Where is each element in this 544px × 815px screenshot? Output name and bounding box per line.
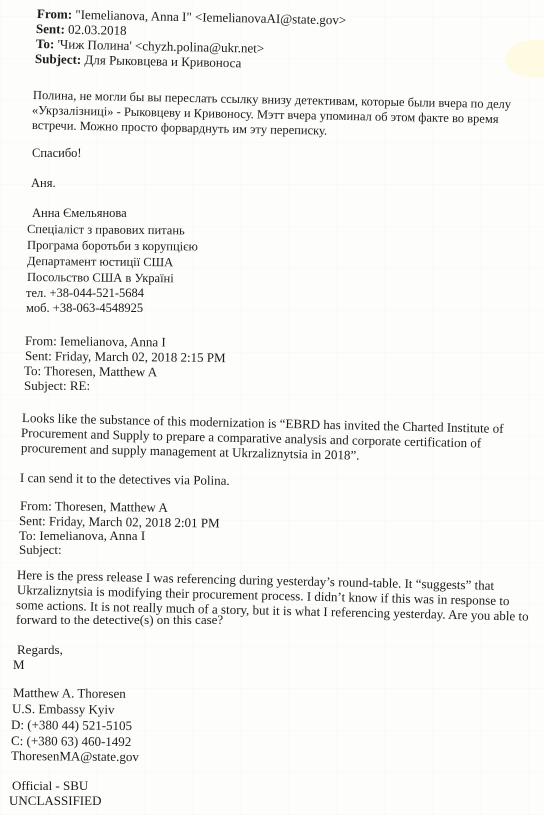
header-to: To: Thoresen, Matthew A <box>24 363 157 379</box>
signature-department: Департамент юстиції США <box>27 254 173 270</box>
signature-name: Matthew A. Thoresen <box>13 685 126 701</box>
to-label: To: <box>36 36 55 51</box>
signature-email: ThoresenMA@state.gov <box>11 748 139 764</box>
header-from: From: Thoresen, Matthew A <box>20 498 168 515</box>
subject-value: Для Рыковцева и Кривоноса <box>84 52 241 70</box>
thanks-text: Спасибо! <box>32 146 82 161</box>
from-label: From: <box>37 6 72 22</box>
signature-embassy: U.S. Embassy Kyiv <box>12 701 115 717</box>
signoff-text: Аня. <box>31 176 56 191</box>
signature-name: Анна Ємельянова <box>32 206 127 221</box>
closing-line: I can send it to the detectives via Poli… <box>20 470 230 488</box>
signature-embassy: Посольство США в Україні <box>27 270 174 286</box>
header-subject: Subject: <box>19 542 62 557</box>
initial-text: M <box>13 657 25 672</box>
subject-label: Subject: <box>35 51 82 67</box>
signature-phone: тел. +38-044-521-5684 <box>26 286 144 301</box>
classification-marking: Official - SBU <box>12 778 88 793</box>
scanned-email-document: From: "Iemelianova, Anna I" <Iemelianova… <box>0 0 544 815</box>
header-subject: Subject: Для Рыковцева и Кривоноса <box>35 51 242 70</box>
signature-direct-phone: D: (+380 44) 521-5105 <box>11 717 132 733</box>
header-to: To: Iemelianova, Anna I <box>19 528 145 543</box>
header-subject: Subject: RE: <box>24 378 90 393</box>
signature-mobile: моб. +38-063-4548925 <box>26 301 143 316</box>
sent-label: Sent: <box>36 21 65 37</box>
header-from: From: Iemelianova, Anna I <box>25 333 166 349</box>
sent-value: 02.03.2018 <box>68 22 127 38</box>
signature-cell-phone: C: (+380 63) 460-1492 <box>11 733 131 749</box>
regards-text: Regards, <box>17 642 63 657</box>
body-line: forward to the detective(s) on this case… <box>16 612 223 627</box>
signature-program: Програма боротьби з корупцією <box>27 238 198 254</box>
classification-level: UNCLASSIFIED <box>9 793 101 808</box>
signature-title: Спеціаліст з правових питань <box>27 222 185 238</box>
